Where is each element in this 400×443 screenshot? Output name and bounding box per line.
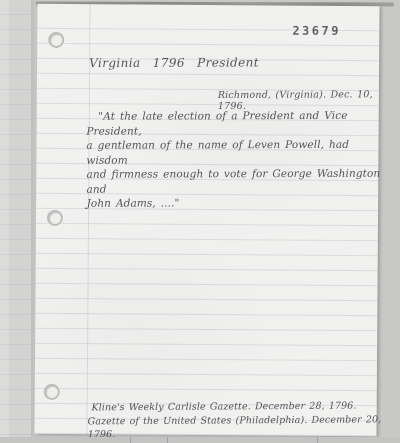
stamp-number: 23679 bbox=[292, 24, 341, 38]
notebook-page: 23679 Virginia 1796 President Richmond, … bbox=[35, 4, 380, 436]
quote-line-3: and firmness enough to vote for George W… bbox=[86, 167, 386, 197]
quote-line-2: a gentleman of the name of Leven Powell,… bbox=[86, 138, 386, 168]
punch-hole-middle bbox=[47, 210, 63, 226]
background-page-edge-left-inner bbox=[9, 0, 31, 443]
citation-line-1: Kline's Weekly Carlisle Gazette. Decembe… bbox=[91, 399, 400, 415]
quote-line-1: "At the late election of a President and… bbox=[86, 109, 386, 139]
citations-block: Kline's Weekly Carlisle Gazette. Decembe… bbox=[91, 399, 400, 442]
quote-block: "At the late election of a President and… bbox=[86, 109, 386, 212]
punch-hole-bottom bbox=[44, 384, 60, 400]
heading-title: Virginia 1796 President bbox=[89, 55, 259, 70]
punch-hole-top bbox=[48, 32, 64, 48]
quote-line-4: John Adams, ...." bbox=[87, 196, 387, 212]
scanned-document: 23679 Virginia 1796 President Richmond, … bbox=[0, 0, 400, 443]
underlying-page-bottom-edge bbox=[0, 437, 400, 443]
background-page-edge-left-outer bbox=[0, 0, 9, 443]
